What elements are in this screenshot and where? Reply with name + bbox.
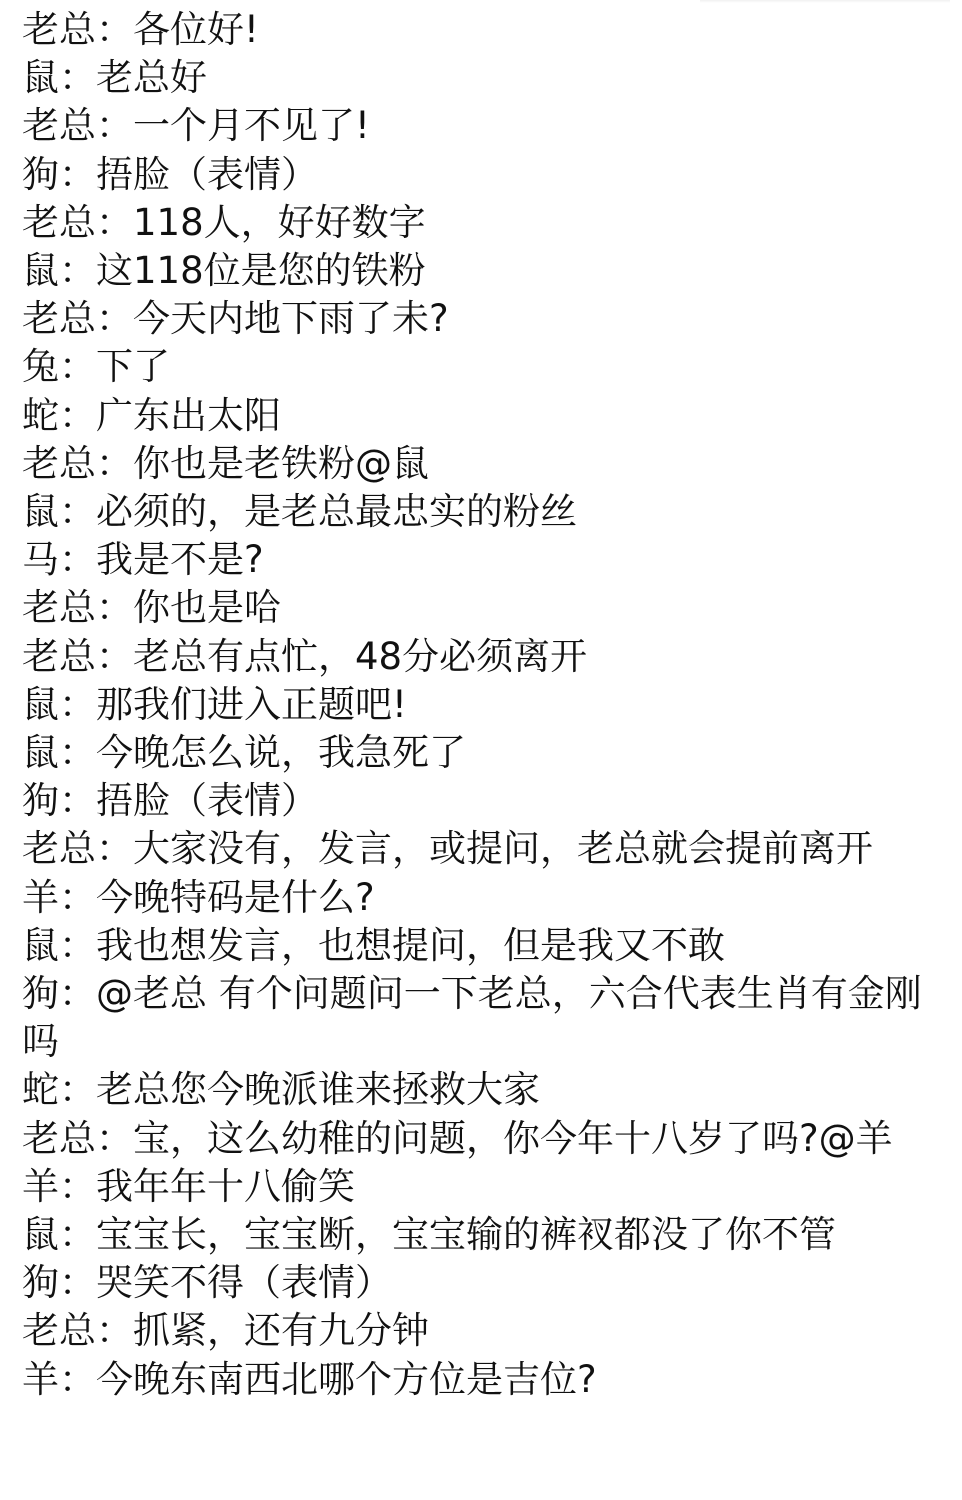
speaker-name: 老总 — [22, 1309, 96, 1352]
chat-message: 老总：今天内地下雨了未? — [22, 295, 942, 343]
separator: ： — [59, 394, 96, 437]
chat-message: 老总：一个月不见了! — [22, 102, 942, 150]
separator: ： — [96, 586, 133, 629]
separator: ： — [59, 1358, 96, 1401]
speaker-name: 狗 — [22, 972, 59, 1015]
speaker-name: 狗 — [22, 779, 59, 822]
chat-message: 老总：抓紧，还有九分钟 — [22, 1307, 942, 1355]
speaker-name: 老总 — [22, 8, 96, 51]
separator: ： — [59, 924, 96, 967]
message-text: 各位好! — [133, 8, 259, 51]
separator: ： — [59, 972, 96, 1015]
chat-message: 老总：大家没有，发言，或提问，老总就会提前离开 — [22, 825, 942, 873]
message-text: 抓紧，还有九分钟 — [133, 1309, 429, 1352]
speaker-name: 鼠 — [22, 490, 59, 533]
message-text: 今晚怎么说，我急死了 — [96, 731, 466, 774]
speaker-name: 老总 — [22, 1117, 96, 1160]
chat-message: 老总：你也是哈 — [22, 584, 942, 632]
separator: ： — [59, 490, 96, 533]
chat-message: 老总：各位好! — [22, 6, 942, 54]
chat-message: 鼠：老总好 — [22, 54, 942, 102]
message-text: 今晚东南西北哪个方位是吉位? — [96, 1358, 597, 1401]
message-text: 老总好 — [96, 56, 207, 99]
separator: ： — [96, 104, 133, 147]
message-text: 宝，这么幼稚的问题，你今年十八岁了吗?@羊 — [133, 1117, 893, 1160]
separator: ： — [96, 827, 133, 870]
speaker-name: 鼠 — [22, 1213, 59, 1256]
separator: ： — [59, 1213, 96, 1256]
message-text: 宝宝长，宝宝断，宝宝输的裤衩都没了你不管 — [96, 1213, 836, 1256]
speaker-name: 老总 — [22, 827, 96, 870]
chat-transcript: 老总：各位好! 鼠：老总好 老总：一个月不见了! 狗：捂脸（表情） 老总：118… — [22, 6, 942, 1404]
message-text: 老总您今晚派谁来拯救大家 — [96, 1068, 540, 1111]
separator: ： — [96, 1309, 133, 1352]
speaker-name: 鼠 — [22, 731, 59, 774]
message-text: 这118位是您的铁粉 — [96, 249, 426, 292]
separator: ： — [59, 1261, 96, 1304]
speaker-name: 鼠 — [22, 56, 59, 99]
message-text: 大家没有，发言，或提问，老总就会提前离开 — [133, 827, 873, 870]
separator: ： — [96, 8, 133, 51]
separator: ： — [96, 442, 133, 485]
separator: ： — [59, 1165, 96, 1208]
separator: ： — [59, 538, 96, 581]
separator: ： — [59, 1068, 96, 1111]
speaker-name: 老总 — [22, 297, 96, 340]
separator: ： — [96, 201, 133, 244]
speaker-name: 兔 — [22, 345, 59, 388]
message-text: 118人，好好数字 — [133, 201, 426, 244]
chat-message: 老总：宝，这么幼稚的问题，你今年十八岁了吗?@羊 — [22, 1115, 942, 1163]
chat-message: 狗：哭笑不得（表情） — [22, 1259, 942, 1307]
speaker-name: 蛇 — [22, 394, 59, 437]
message-text: 今天内地下雨了未? — [133, 297, 449, 340]
speaker-name: 狗 — [22, 153, 59, 196]
speaker-name: 鼠 — [22, 924, 59, 967]
message-text: 今晚特码是什么? — [96, 876, 375, 919]
message-text: 一个月不见了! — [133, 104, 370, 147]
chat-message: 狗：@老总 有个问题问一下老总，六合代表生肖有金刚吗 — [22, 970, 942, 1066]
separator: ： — [59, 56, 96, 99]
speaker-name: 老总 — [22, 586, 96, 629]
speaker-name: 羊 — [22, 876, 59, 919]
chat-message: 鼠：我也想发言，也想提问，但是我又不敢 — [22, 922, 942, 970]
chat-message: 马：我是不是? — [22, 536, 942, 584]
chat-message: 狗：捂脸（表情） — [22, 777, 942, 825]
message-text: 哭笑不得（表情） — [96, 1261, 392, 1304]
separator: ： — [59, 345, 96, 388]
message-text: 捂脸（表情） — [96, 779, 318, 822]
chat-message: 鼠：必须的，是老总最忠实的粉丝 — [22, 488, 942, 536]
message-text: 我也想发言，也想提问，但是我又不敢 — [96, 924, 725, 967]
separator: ： — [96, 297, 133, 340]
message-text: 你也是老铁粉@鼠 — [133, 442, 429, 485]
speaker-name: 马 — [22, 538, 59, 581]
chat-message: 狗：捂脸（表情） — [22, 151, 942, 199]
speaker-name: 老总 — [22, 635, 96, 678]
message-text: 下了 — [96, 345, 170, 388]
chat-message: 羊：今晚东南西北哪个方位是吉位? — [22, 1356, 942, 1404]
chat-message: 羊：我年年十八偷笑 — [22, 1163, 942, 1211]
chat-message: 鼠：那我们进入正题吧! — [22, 681, 942, 729]
speaker-name: 老总 — [22, 442, 96, 485]
message-text: 老总有点忙，48分必须离开 — [133, 635, 587, 678]
chat-message: 蛇：广东出太阳 — [22, 392, 942, 440]
separator: ： — [59, 683, 96, 726]
speaker-name: 羊 — [22, 1165, 59, 1208]
message-text: 广东出太阳 — [96, 394, 281, 437]
speaker-name: 鼠 — [22, 683, 59, 726]
separator: ： — [59, 779, 96, 822]
speaker-name: 狗 — [22, 1261, 59, 1304]
chat-message: 鼠：这118位是您的铁粉 — [22, 247, 942, 295]
message-text: 你也是哈 — [133, 586, 281, 629]
message-text: 那我们进入正题吧! — [96, 683, 407, 726]
speaker-name: 蛇 — [22, 1068, 59, 1111]
speaker-name: 羊 — [22, 1358, 59, 1401]
message-text: @老总 有个问题问一下老总，六合代表生肖有金刚吗 — [22, 972, 922, 1063]
separator: ： — [59, 249, 96, 292]
message-text: 必须的，是老总最忠实的粉丝 — [96, 490, 577, 533]
chat-message: 老总：你也是老铁粉@鼠 — [22, 440, 942, 488]
chat-message: 蛇：老总您今晚派谁来拯救大家 — [22, 1066, 942, 1114]
cropped-header-remnant — [700, 0, 950, 3]
chat-message: 老总：老总有点忙，48分必须离开 — [22, 633, 942, 681]
speaker-name: 老总 — [22, 104, 96, 147]
separator: ： — [96, 635, 133, 678]
chat-message: 老总：118人，好好数字 — [22, 199, 942, 247]
chat-message: 鼠：宝宝长，宝宝断，宝宝输的裤衩都没了你不管 — [22, 1211, 942, 1259]
separator: ： — [59, 876, 96, 919]
chat-message: 兔：下了 — [22, 343, 942, 391]
speaker-name: 老总 — [22, 201, 96, 244]
message-text: 我年年十八偷笑 — [96, 1165, 355, 1208]
separator: ： — [59, 731, 96, 774]
chat-message: 鼠：今晚怎么说，我急死了 — [22, 729, 942, 777]
separator: ： — [59, 153, 96, 196]
message-text: 捂脸（表情） — [96, 153, 318, 196]
message-text: 我是不是? — [96, 538, 264, 581]
chat-message: 羊：今晚特码是什么? — [22, 874, 942, 922]
separator: ： — [96, 1117, 133, 1160]
speaker-name: 鼠 — [22, 249, 59, 292]
